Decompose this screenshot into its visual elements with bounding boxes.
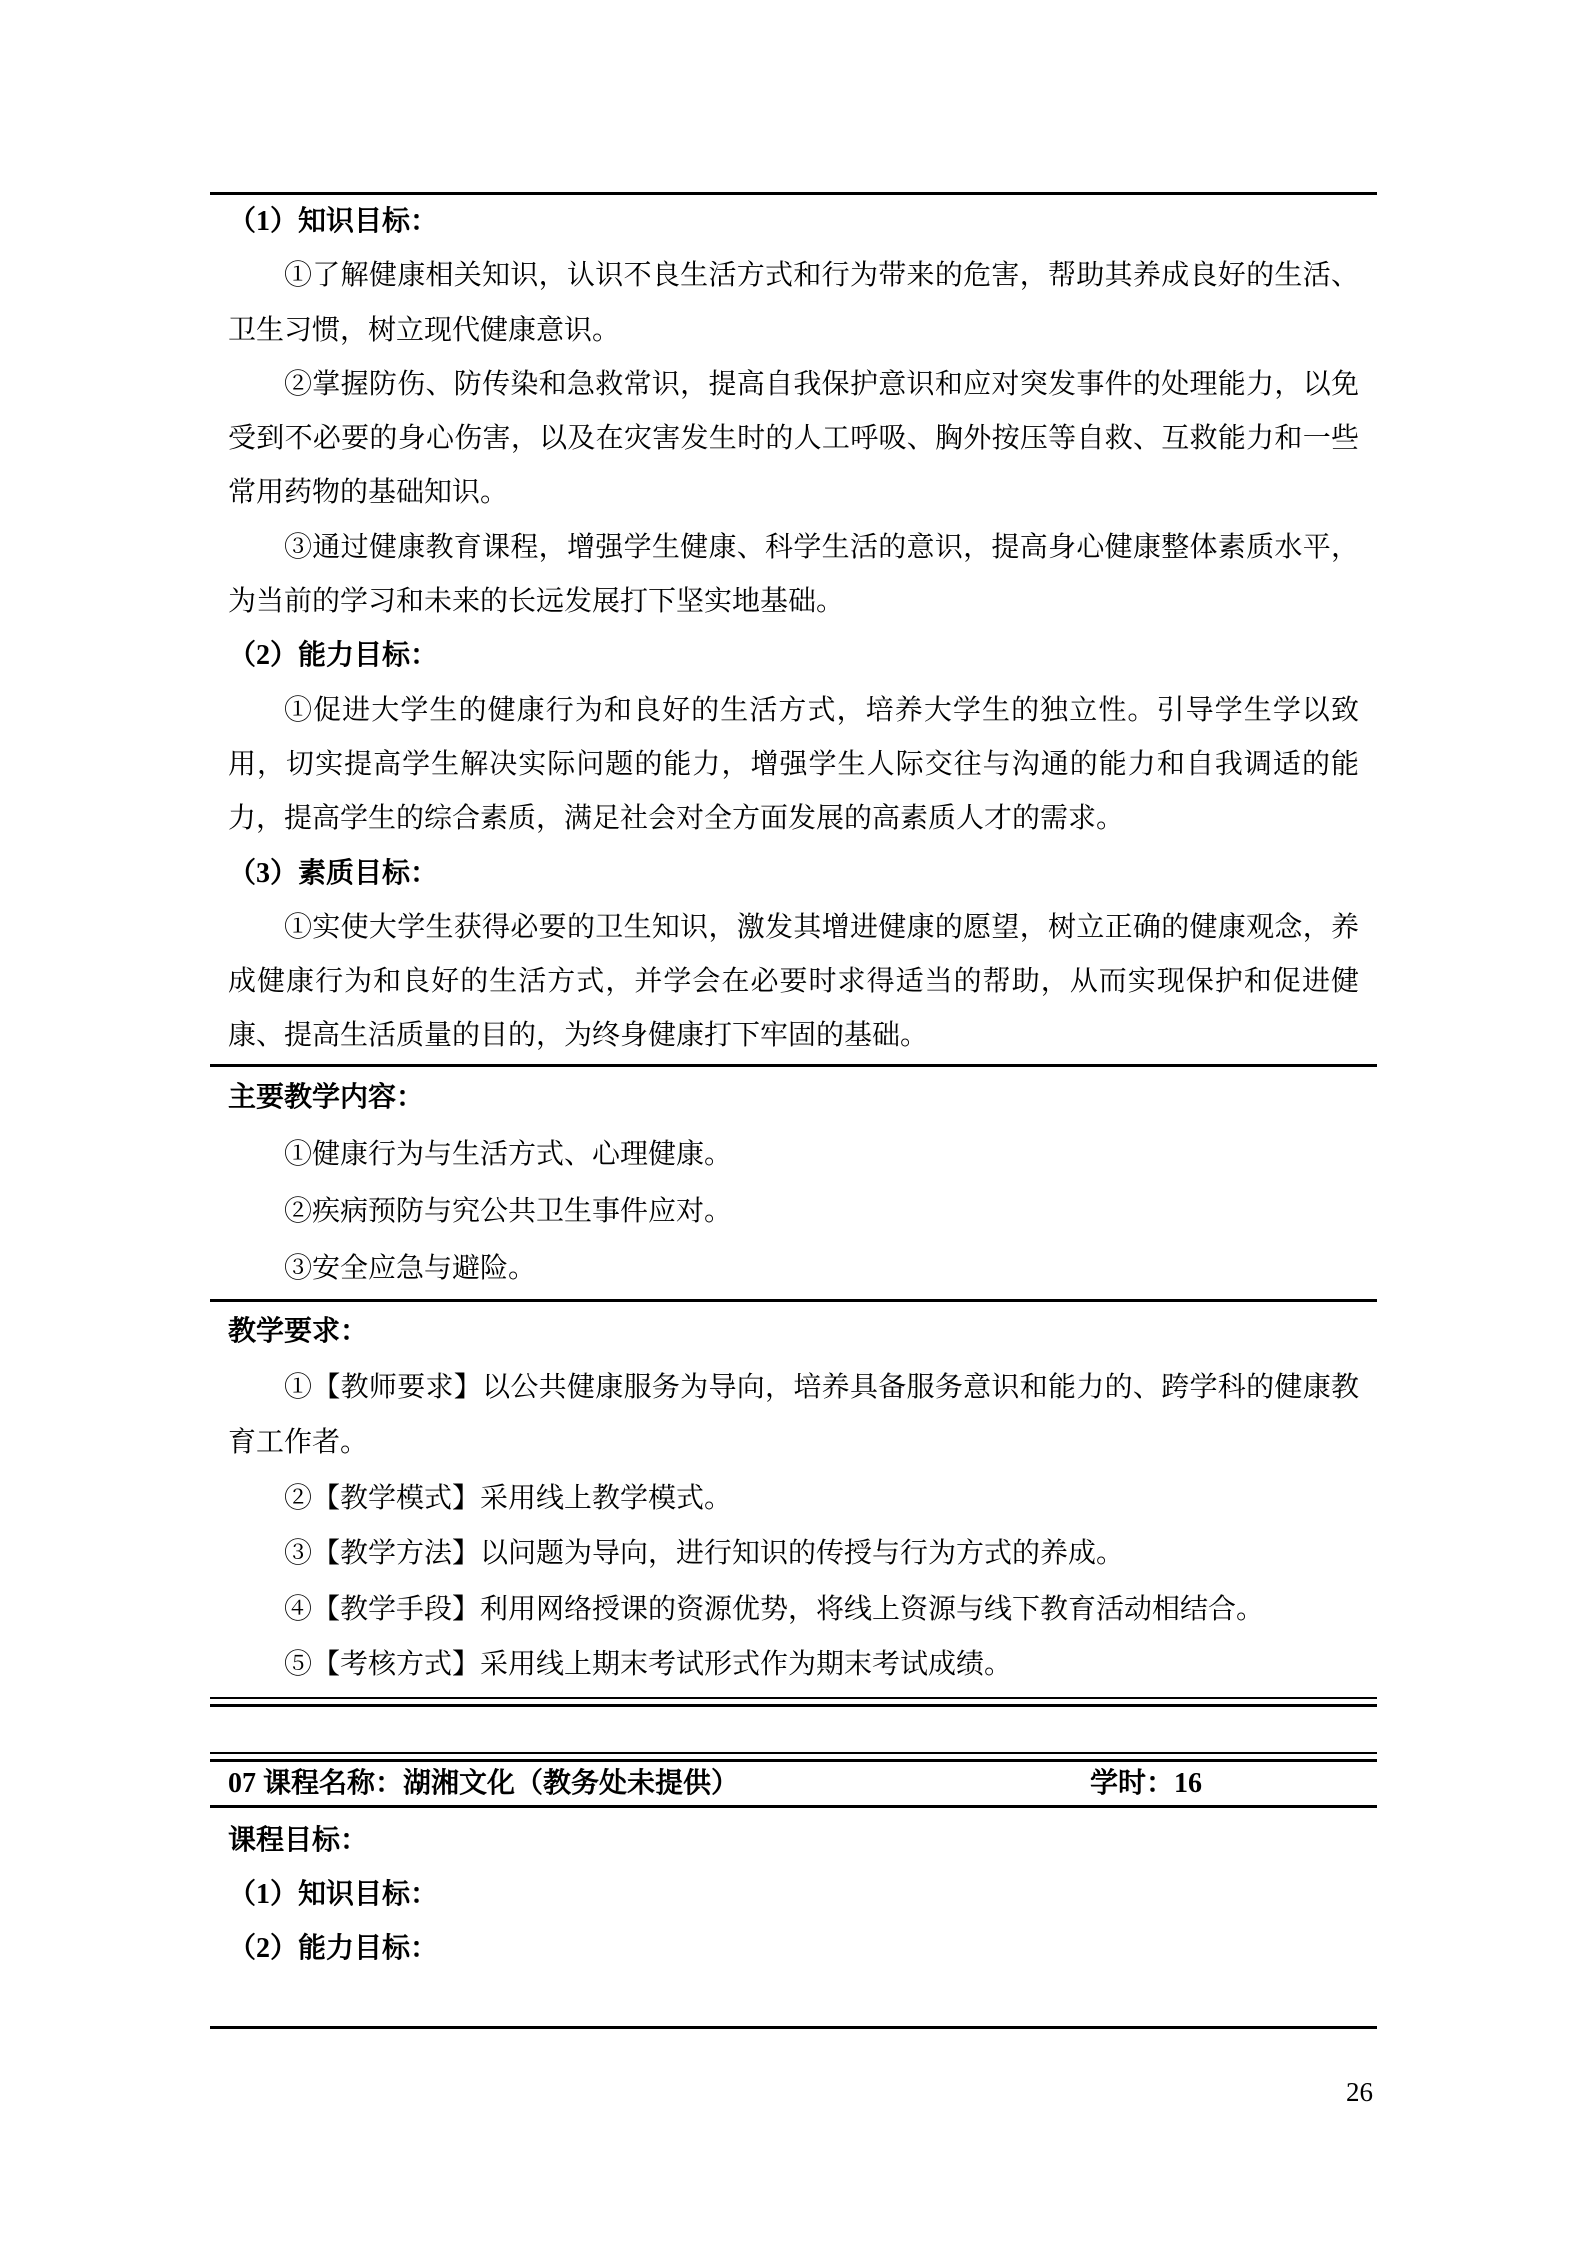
course07-hours: 学时：16 [1090, 1760, 1202, 1808]
course06-objectives-section: （1）知识目标：①了解健康相关知识，认识不良生活方式和行为带来的危害，帮助其养成… [210, 192, 1377, 1064]
section-heading: 课程目标： [228, 1814, 1359, 1868]
section-heading: （2）能力目标： [228, 1922, 1359, 1976]
paragraph-line: ①【教师要求】以公共健康服务为导向，培养具备服务意识和能力的、跨学科的健康教育工… [228, 1360, 1359, 1471]
paragraph-line: ③【教学方法】以问题为导向，进行知识的传授与行为方式的养成。 [228, 1526, 1359, 1582]
paragraph-line: ②掌握防伤、防传染和急救常识，提高自我保护意识和应对突发事件的处理能力，以免受到… [228, 358, 1359, 521]
teaching-requirements-heading: 教学要求： [228, 1304, 1359, 1360]
paragraph-line: ⑤【考核方式】采用线上期末考试形式作为期末考试成绩。 [228, 1637, 1359, 1693]
course07-title: 07 课程名称：湖湘文化（教务处未提供） [228, 1768, 739, 1799]
course07-title-row: 07 课程名称：湖湘文化（教务处未提供） 学时：16 [210, 1760, 1377, 1808]
paragraph-line: ①健康行为与生活方式、心理健康。 [228, 1126, 1359, 1183]
paragraph-line: ①促进大学生的健康行为和良好的生活方式，培养大学生的独立性。引导学生学以致用，切… [228, 684, 1359, 847]
section-heading: （1）知识目标： [228, 195, 1359, 249]
section-heading: （3）素质目标： [228, 847, 1359, 901]
document-page: （1）知识目标：①了解健康相关知识，认识不良生活方式和行为带来的危害，帮助其养成… [0, 0, 1587, 2245]
teaching-requirements-section: 教学要求： ①【教师要求】以公共健康服务为导向，培养具备服务意识和能力的、跨学科… [210, 1299, 1377, 1693]
teaching-content-heading: 主要教学内容： [228, 1069, 1359, 1126]
paragraph-line: ①了解健康相关知识，认识不良生活方式和行为带来的危害，帮助其养成良好的生活、卫生… [228, 249, 1359, 358]
teaching-content-section: 主要教学内容： ①健康行为与生活方式、心理健康。②疾病预防与究公共卫生事件应对。… [210, 1064, 1377, 1297]
section-heading: （1）知识目标： [228, 1868, 1359, 1922]
table-end-double-rule [210, 1697, 1377, 1707]
page-number: 26 [1346, 2076, 1373, 2108]
paragraph-line: ④【教学手段】利用网络授课的资源优势，将线上资源与线下教育活动相结合。 [228, 1582, 1359, 1638]
paragraph-line: ②【教学模式】采用线上教学模式。 [228, 1471, 1359, 1527]
teaching-requirements-list: ①【教师要求】以公共健康服务为导向，培养具备服务意识和能力的、跨学科的健康教育工… [228, 1360, 1359, 1693]
paragraph-line: ③通过健康教育课程，增强学生健康、科学生活的意识，提高身心健康整体素质水平，为当… [228, 521, 1359, 630]
paragraph-line: ②疾病预防与究公共卫生事件应对。 [228, 1183, 1359, 1240]
paragraph-line: ①实使大学生获得必要的卫生知识，激发其增进健康的愿望，树立正确的健康观念，养成健… [228, 901, 1359, 1064]
course07-goals-section: 课程目标：（1）知识目标：（2）能力目标： [210, 1812, 1377, 1976]
teaching-content-list: ①健康行为与生活方式、心理健康。②疾病预防与究公共卫生事件应对。③安全应急与避险… [228, 1126, 1359, 1297]
section-heading: （2）能力目标： [228, 629, 1359, 683]
table-bottom-rule [210, 2026, 1377, 2029]
paragraph-line: ③安全应急与避险。 [228, 1240, 1359, 1297]
